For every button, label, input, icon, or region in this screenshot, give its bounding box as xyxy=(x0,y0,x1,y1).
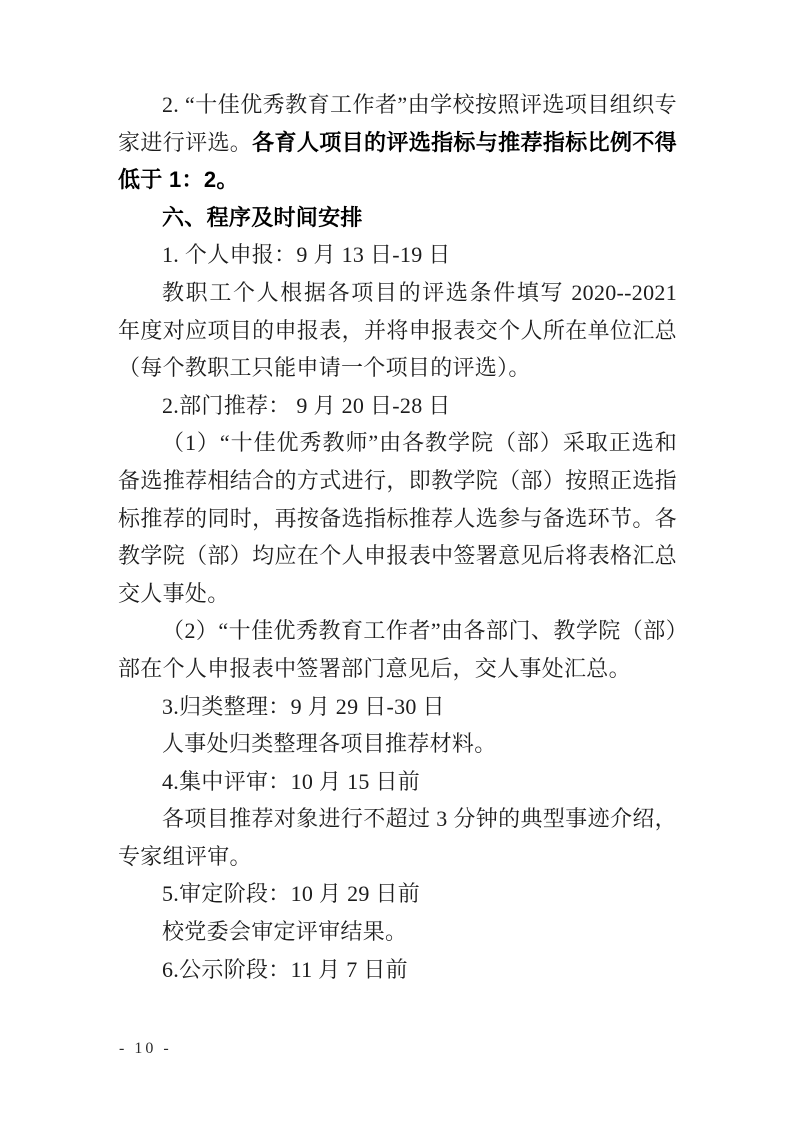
paragraph: 1. 个人申报：9 月 13 日-19 日 xyxy=(118,236,677,274)
text-segment: 6.公示阶段：11 月 7 日前 xyxy=(162,957,408,982)
text-segment: （1）“十佳优秀教师”由各教学院（部）采取正选和备选推荐相结合的方式进行，即教学… xyxy=(118,430,677,605)
paragraph: 教职工个人根据各项目的评选条件填写 2020--2021 年度对应项目的申报表，… xyxy=(118,274,677,387)
paragraph: 5.审定阶段：10 月 29 日前 xyxy=(118,875,677,913)
paragraph: 3.归类整理：9 月 29 日-30 日 xyxy=(118,688,677,726)
paragraph: 2. “十佳优秀教育工作者”由学校按照评选项目组织专家进行评选。各育人项目的评选… xyxy=(118,86,677,199)
paragraph: 各项目推荐对象进行不超过 3 分钟的典型事迹介绍，专家组评审。 xyxy=(118,800,677,875)
text-segment: 各项目推荐对象进行不超过 3 分钟的典型事迹介绍，专家组评审。 xyxy=(118,806,677,869)
text-segment: 1. 个人申报：9 月 13 日-19 日 xyxy=(162,242,451,267)
text-segment: 2.部门推荐： 9 月 20 日-28 日 xyxy=(162,393,451,418)
text-segment: 5.审定阶段：10 月 29 日前 xyxy=(162,881,420,906)
paragraph: 2.部门推荐： 9 月 20 日-28 日 xyxy=(118,387,677,425)
paragraph: 6.公示阶段：11 月 7 日前 xyxy=(118,951,677,989)
text-segment: 3.归类整理：9 月 29 日-30 日 xyxy=(162,694,445,719)
text-segment: 校党委会审定评审结果。 xyxy=(162,919,407,944)
section-heading: 六、程序及时间安排 xyxy=(118,199,677,237)
document-page: 2. “十佳优秀教育工作者”由学校按照评选项目组织专家进行评选。各育人项目的评选… xyxy=(0,0,793,1122)
paragraph: 校党委会审定评审结果。 xyxy=(118,913,677,951)
paragraph: 人事处归类整理各项目推荐材料。 xyxy=(118,725,677,763)
text-segment: 人事处归类整理各项目推荐材料。 xyxy=(162,731,497,756)
bold-text-segment: 六、程序及时间安排 xyxy=(162,205,363,230)
text-segment: （2）“十佳优秀教育工作者”由各部门、教学院（部）部在个人申报表中签署部门意见后… xyxy=(118,618,677,681)
document-content: 2. “十佳优秀教育工作者”由学校按照评选项目组织专家进行评选。各育人项目的评选… xyxy=(118,86,677,988)
paragraph: （2）“十佳优秀教育工作者”由各部门、教学院（部）部在个人申报表中签署部门意见后… xyxy=(118,612,677,687)
text-segment: 4.集中评审：10 月 15 日前 xyxy=(162,769,420,794)
page-number: - 10 - xyxy=(119,1040,172,1058)
paragraph: 4.集中评审：10 月 15 日前 xyxy=(118,763,677,801)
text-segment: 教职工个人根据各项目的评选条件填写 2020--2021 年度对应项目的申报表，… xyxy=(118,280,677,380)
paragraph: （1）“十佳优秀教师”由各教学院（部）采取正选和备选推荐相结合的方式进行，即教学… xyxy=(118,424,677,612)
